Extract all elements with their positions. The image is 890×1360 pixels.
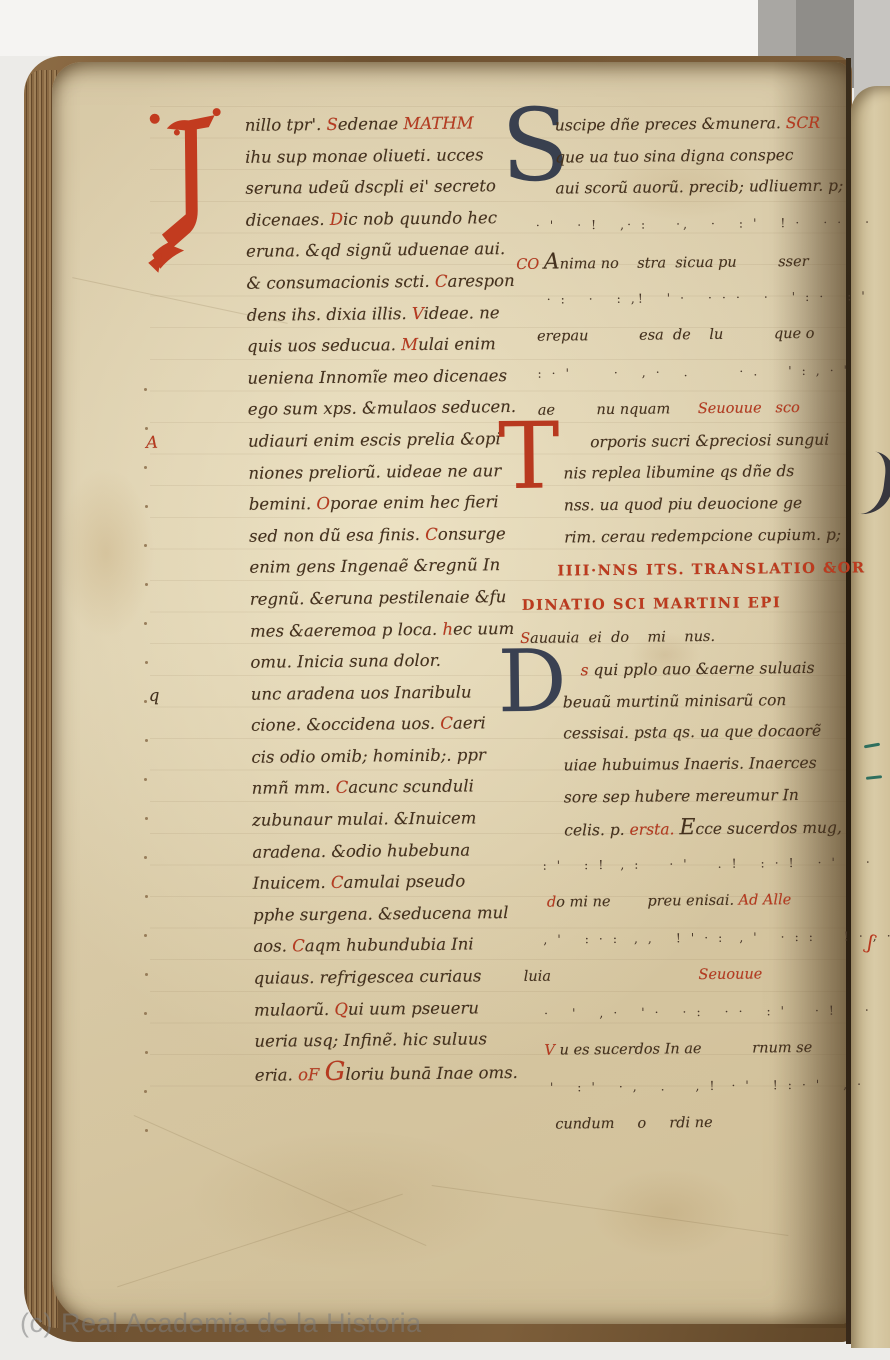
latin-text: arespon [447,271,514,291]
manuscript-line: aradena. &odio hubebuna [252,834,504,868]
neume-notation: · ' , · ' · · : · · : ' · ! · ' [544,1002,890,1021]
latin-text: A [544,249,560,274]
latin-text: loriu bunā Inae oms. [345,1063,518,1084]
neume-notation: · ' · ! ,· : ·, · : ' ! · · · · · [536,214,890,233]
manuscript-line: & consumacionis scti. Carespon [246,265,498,299]
manuscript-line: nillo tpr'. Sedenae MATHM [245,107,497,141]
manuscript-line: mulaorũ. Qui uum pseueru [254,992,506,1026]
latin-text: erepau esa de lu que o [537,326,815,345]
latin-text: eria. [255,1065,298,1084]
manuscript-line: enim gens Ingenaẽ &regnũ In [249,549,501,583]
rubric-text: s [580,661,593,679]
manuscript-line: quis uos seducua. Mulai enim [247,328,499,362]
neume-notation: · : · : ,! ' · · · · · ' : · : ' : · ' [547,287,890,306]
rubric-text: SCR [786,114,820,132]
latin-text [551,967,699,985]
latin-text: sed non dũ esa finis. [249,525,425,546]
rubric-text: S [326,115,338,134]
latin-text: regnũ. &eruna pestilenaie &fu [250,587,507,609]
manuscript-line: aos. Caqm hubundubia Ini [253,929,505,963]
rubric-text: C [425,525,438,544]
latin-text: acunc scunduli [348,777,474,797]
latin-text: onsurge [438,524,506,544]
manuscript-line: CO Anima no stra sicua pu sser [516,242,848,279]
rubric-text: V [412,304,424,323]
latin-text: cce sucerdos mug, [695,819,842,839]
manuscript-line: cis odio omib; hominib;. ppr [251,739,503,773]
rubric-text: C [440,714,453,733]
latin-text: ego sum xps. &mulaos seducen. [248,397,517,419]
rubric-line: IIII·NNS ITS. TRANSLATIO &OR [519,551,851,588]
manuscript-line: celis. p. ersta. Ecce sucerdos mug, [522,811,854,846]
manuscript-line: zubunaur mulai. &Inuicem [252,802,504,836]
latin-text: Inuicem. [253,873,331,893]
neume-line: : · ' · , · . · . ' : , · ' [517,350,849,393]
manuscript-line: dicenaes. Dic nob quundo hec [246,202,498,236]
neume-notation: : ' : ! , : · ' . ! : · ! · ' · · [542,854,890,873]
manuscript-line: sore sep hubere mereumur In [522,779,854,814]
rubric-text: sco [775,400,799,416]
latin-text: unc aradena uos Inaribulu [251,682,472,703]
latin-text: nima no stra sicua pu sser [560,254,809,273]
latin-text: ueria usq; Infinẽ. hic suluus [254,1030,487,1051]
rubric-text: A [146,427,158,459]
latin-text: nis replea libumine qs dñe ds [563,462,794,482]
latin-text: aui scorũ auorũ. precib; udliuemr. p; [555,177,843,198]
rubric-text: h [442,619,453,638]
left-text-column: nillo tpr'. Sedenae MATHMihu sup monae o… [245,107,507,1089]
manuscript-line: cessisai. psta qs. ua que docaorẽ [521,716,853,751]
latin-text: ueniena Innomĩe meo dicenaes [247,366,507,388]
latin-text: beuaũ murtinũ minisarũ con [563,691,787,711]
neume-notation: ' : ' · , . , ! · ' ! : · ' , · [550,1076,864,1094]
manuscript-line: rim. cerau redempcione cupium. p; [519,519,851,554]
manuscript-photo: { "meta": { "watermark": "(c) Real Acade… [0,0,890,1360]
latin-text: sore sep hubere mereumur In [564,786,799,806]
manuscript-line: s qui pplo auo &aerne suluais [520,653,852,688]
latin-text: cundum o rdi ne [555,1115,713,1133]
rubric-text: IIII·NNS ITS. TRANSLATIO &OR [557,559,865,579]
latin-text: eruna. &qd signũ uduenae aui. [246,239,505,261]
latin-text: cis odio omib; hominib;. ppr [251,745,486,766]
manuscript-line: bemini. Oporae enim hec fieri [249,486,501,520]
latin-text: orporis sucri &preciosi sungui [590,430,829,451]
neume-line: ' : ' · , . , ! · ' ! : · ' , · [525,1064,857,1107]
manuscript-line: uscipe dñe preces &munera. SCR [515,108,847,143]
latin-text: aradena. &odio hubebuna [252,840,470,861]
rubric-text: oF [298,1065,325,1084]
manuscript-line: mes &aeremoa p loca. hec uum [250,613,502,647]
latin-text: nillo tpr'. [245,115,327,135]
latin-text: luia [524,968,551,984]
latin-text: auauia ei do mi nus. [530,629,715,647]
latin-text: enim gens Ingenaẽ &regnũ In [249,555,500,577]
latin-text: niones preliorũ. uideae ne aur [248,461,501,483]
latin-text: porae enim hec fieri [330,492,499,513]
latin-text: ideae. ne [423,303,499,323]
copyright-watermark: (c) Real Academia de la Historia [20,1308,880,1339]
latin-text: qui pplo auo &aerne suluais [593,659,814,679]
neume-notation: : · ' · , · . · . ' : , · ' [537,362,850,380]
manuscript-line: ae nu nquam Seuouue sco [518,390,850,427]
manuscript-line: qunc aradena uos Inaribulu [251,676,503,710]
manuscript-line: eruna. &qd signũ uduenae aui. [246,234,498,268]
latin-text: seruna udeũ dscpli ei' secreto [245,176,496,198]
latin-text: bemini. [249,494,317,514]
manuscript-line: ego sum xps. &mulaos seducen. [248,391,500,425]
latin-text: ae nu nquam [538,401,698,419]
latin-text: u es sucerdos In ae rnum se [560,1040,813,1059]
manuscript-line: pphe surgena. &seducena mul [253,897,505,931]
latin-text: cessisai. psta qs. ua que docaorẽ [563,722,821,743]
latin-text: & consumacionis scti. [246,272,435,293]
latin-text: pphe surgena. &seducena mul [253,903,509,925]
latin-text: preu enisai. [647,892,738,909]
latin-text: que ua tuo sina digna conspec [555,146,794,166]
latin-text: ihu sup monae oliueti. ucces [245,145,484,166]
manuscript-line: Inuicem. Camulai pseudo [253,865,505,899]
latin-text: dicenaes. [246,210,330,230]
latin-text: nss. ua quod piu deuocione ge [564,494,803,514]
manuscript-line: ueria usq; Infinẽ. hic suluus [254,1023,506,1057]
manuscript-line: luia Seuouue [524,956,856,993]
manuscript-line: cione. &occidena uos. Caeri [251,707,503,741]
manuscript-line: quiaus. refrigescea curiaus [254,960,506,994]
neume-line: , ' : · : , , ! ' · : , ' · : : ! · , · … [523,916,855,959]
neume-line: · : · : ,! ' · · · · · ' : · : ' : · ' [516,276,848,319]
rubric-line: DINATIO SCI MARTINI EPI [520,585,852,622]
latin-text [762,400,776,416]
latin-text: amulai pseudo [343,872,465,892]
manuscript-line: ueniena Innomĩe meo dicenaes [247,360,499,394]
rubric-text: DINATIO SCI MARTINI EPI [522,594,782,614]
manuscript-line: nss. ua quod piu deuocione ge [519,487,851,522]
rubric-text: G [324,1057,345,1087]
latin-text: aos. [253,937,292,956]
rubric-text: V [544,1042,559,1058]
manuscript-line: V u es sucerdos In ae rnum se [524,1030,856,1067]
latin-text: uscipe dñe preces &munera. [555,114,786,134]
neume-line: · ' · ! ,· : ·, · : ' ! · · · · · [516,202,848,245]
latin-text: ui uum pseueru [348,998,479,1018]
latin-text: nmñ mm. [252,778,336,798]
latin-text: zubunaur mulai. &Inuicem [252,808,476,829]
manuscript-line: aui scorũ auorũ. precib; udliuemr. p; [515,171,847,206]
rubric-text: Seuouue [698,400,762,417]
rubric-text: D [330,210,343,229]
latin-text: rim. cerau redempcione cupium. p; [564,525,841,546]
rubric-text: Seuouue [698,966,762,983]
manuscript-line: cundum o rdi ne [525,1104,857,1141]
neume-line: · ' , · ' · · : · · : ' · ! · ' [524,990,856,1033]
manuscript-line: Sauauia ei do mi nus. [520,619,852,656]
manuscript-line: Audiauri enim escis prelia &opi [248,423,500,457]
latin-text: aqm hubundubia Ini [305,935,474,956]
latin-text: omu. Inicia suna dolor. [250,651,441,672]
latin-text: udiauri enim escis prelia &opi [248,429,501,451]
text-layer: nillo tpr'. Sedenae MATHMihu sup monae o… [0,0,890,1360]
rubric-text: CO [516,256,544,272]
rubric-text: C [331,873,344,892]
rubric-text: Ad Alle [739,892,792,909]
latin-text: aeri [453,714,486,733]
latin-text: dens ihs. dixia illis. [247,304,412,325]
manuscript-line: seruna udeũ dscpli ei' secreto [245,170,497,204]
manuscript-line: que ua tuo sina digna conspec [515,139,847,174]
manuscript-line: omu. Inicia suna dolor. [250,644,502,678]
latin-text: quiaus. refrigescea curiaus [254,966,482,987]
manuscript-line: erepau esa de lu que o [517,316,849,353]
latin-text: q [149,679,160,711]
latin-text: mulaorũ. [254,1000,335,1020]
latin-text: cione. &occidena uos. [251,714,440,735]
latin-text: quis uos seducua. [247,335,401,356]
rubric-text: O [316,494,330,513]
manuscript-line: eria. oF Gloriu bunā Inae oms. [255,1055,507,1089]
manuscript-line: ihu sup monae oliueti. ucces [245,139,497,173]
rubric-text: S [520,631,530,647]
manuscript-line: do mi ne preu enisai. Ad Alle [523,882,855,919]
manuscript-line: sed non dũ esa finis. Consurge [249,518,501,552]
rubric-text: C [336,778,349,797]
right-text-column: uscipe dñe preces &munera. SCRque ua tuo… [515,108,858,1142]
manuscript-line: orporis sucri &preciosi sungui [518,424,850,459]
rubric-text: C [292,937,305,956]
rubric-text: C [435,272,448,291]
latin-text: edenae [338,114,404,134]
rubric-text: MATHM [403,113,473,133]
neume-notation: , ' : · : , , ! ' · : , ' · : : ! · , · … [543,927,890,946]
rubric-text: M [401,335,418,354]
rubric-text: Q [334,999,348,1018]
manuscript-line: nis replea libumine qs dñe ds [518,456,850,491]
neume-line: : ' : ! , : · ' . ! : · ! · ' · · [522,842,854,885]
latin-text: celis. p. [564,821,630,840]
manuscript-line: uiae hubuimus Inaeris. Inaerces [521,747,853,782]
latin-text: o mi ne [556,893,647,910]
manuscript-line: niones preliorũ. uideae ne aur [248,455,500,489]
latin-text: ulai enim [418,334,496,354]
latin-text: uiae hubuimus Inaeris. Inaerces [563,754,816,775]
initial-I-ornate [143,102,241,279]
manuscript-line: dens ihs. dixia illis. Videae. ne [247,297,499,331]
manuscript-line: regnũ. &eruna pestilenaie &fu [250,581,502,615]
rubric-text: ersta. [629,820,679,839]
latin-text: E [679,815,695,840]
latin-text: ic nob quundo hec [343,208,497,229]
latin-text: mes &aeremoa p loca. [250,619,443,640]
manuscript-line: beuaũ murtinũ minisarũ con [521,684,853,719]
manuscript-line: nmñ mm. Cacunc scunduli [252,771,504,805]
